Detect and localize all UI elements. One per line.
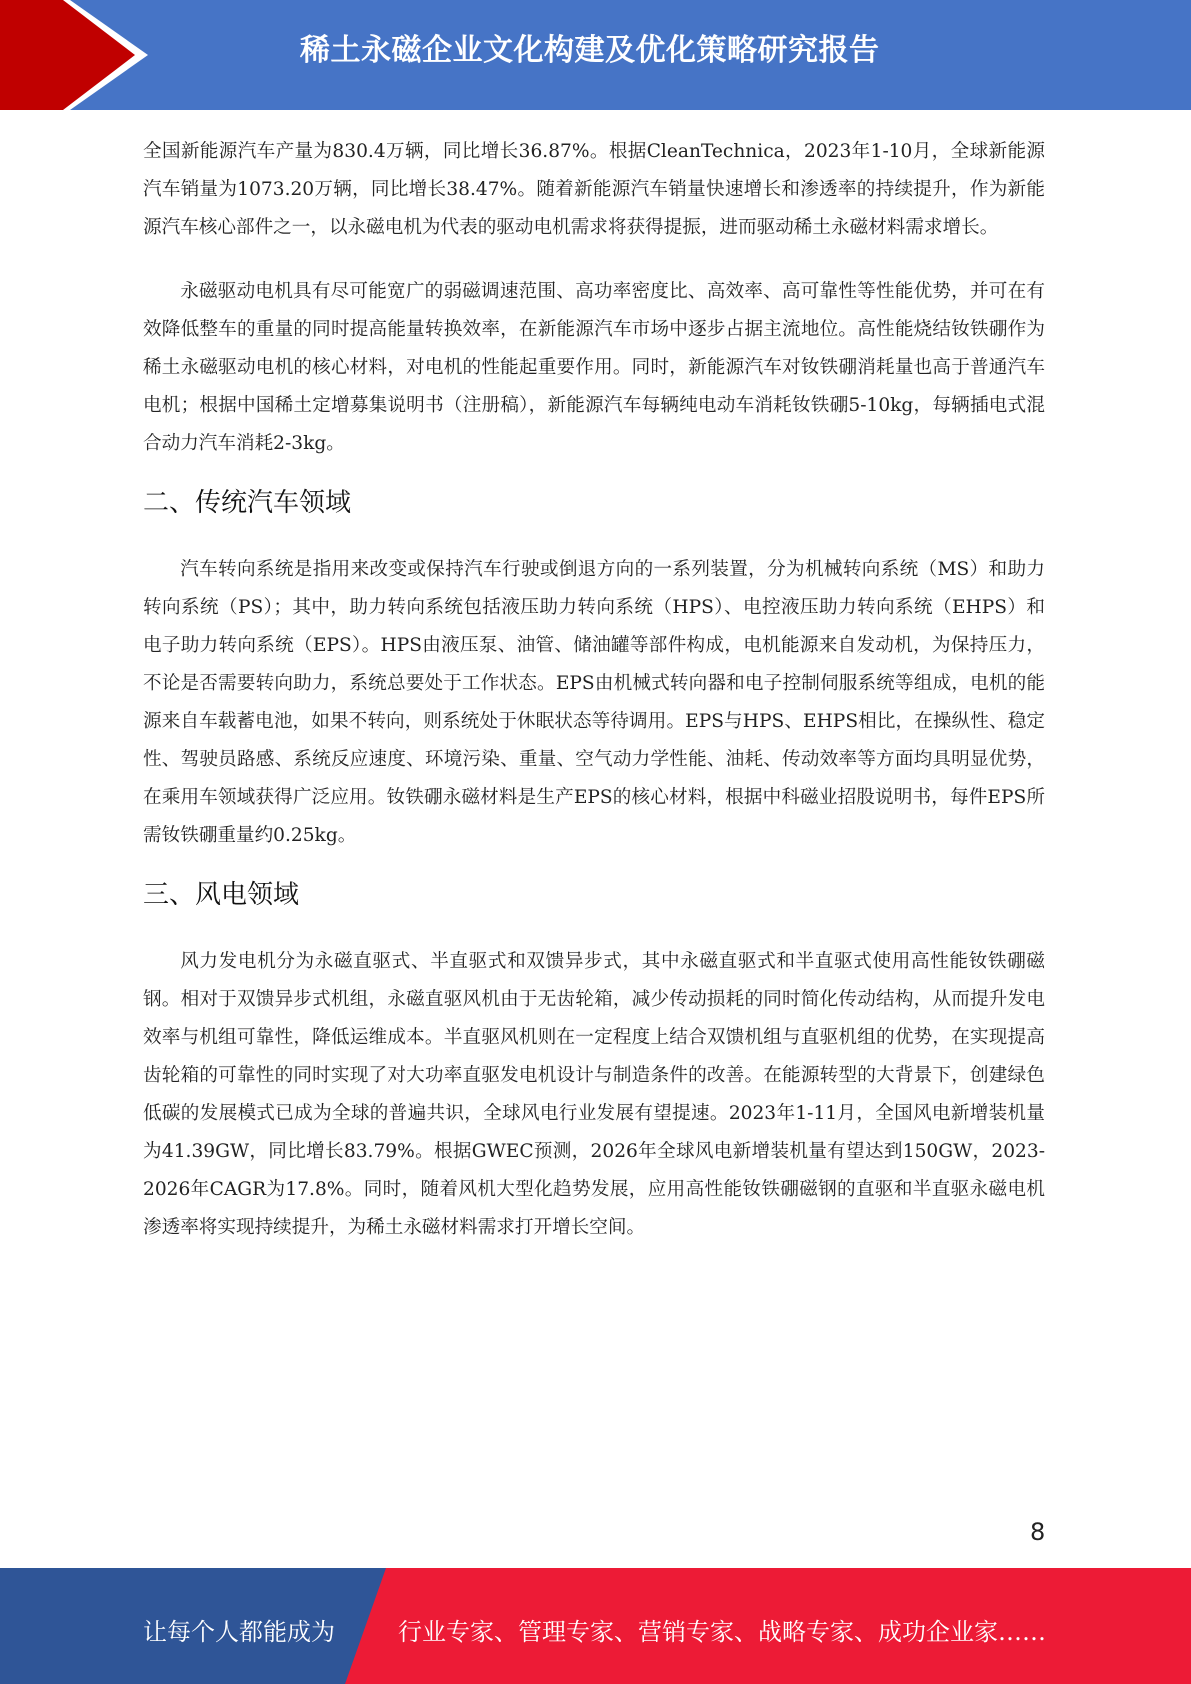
body-paragraph: 汽车转向系统是指用来改变或保持汽车行驶或倒退方向的一系列装置，分为机械转向系统（…: [143, 551, 1045, 855]
section-heading: 三、风电领域: [143, 877, 1045, 913]
chevron-arrow-icon: [0, 0, 160, 110]
body-paragraph: 永磁驱动电机具有尽可能宽广的弱磁调速范围、高功率密度比、高效率、高可靠性等性能优…: [143, 273, 1045, 463]
page-footer: 让每个人都能成为 行业专家、管理专家、营销专家、战略专家、成功企业家……: [0, 1568, 1191, 1684]
page-header: 稀土永磁企业文化构建及优化策略研究报告: [0, 0, 1191, 110]
body-paragraph: 风力发电机分为永磁直驱式、半直驱式和双馈异步式，其中永磁直驱式和半直驱式使用高性…: [143, 943, 1045, 1247]
page-content: 全国新能源汽车产量为830.4万辆，同比增长36.87%。根据CleanTech…: [143, 133, 1045, 1247]
section-heading: 二、传统汽车领域: [143, 485, 1045, 521]
document-title: 稀土永磁企业文化构建及优化策略研究报告: [300, 28, 880, 74]
footer-slogan-right: 行业专家、管理专家、营销专家、战略专家、成功企业家……: [398, 1612, 1046, 1647]
page-number: 8: [1030, 1518, 1045, 1546]
footer-slogan-left: 让每个人都能成为: [143, 1612, 335, 1647]
body-paragraph: 全国新能源汽车产量为830.4万辆，同比增长36.87%。根据CleanTech…: [143, 133, 1045, 247]
